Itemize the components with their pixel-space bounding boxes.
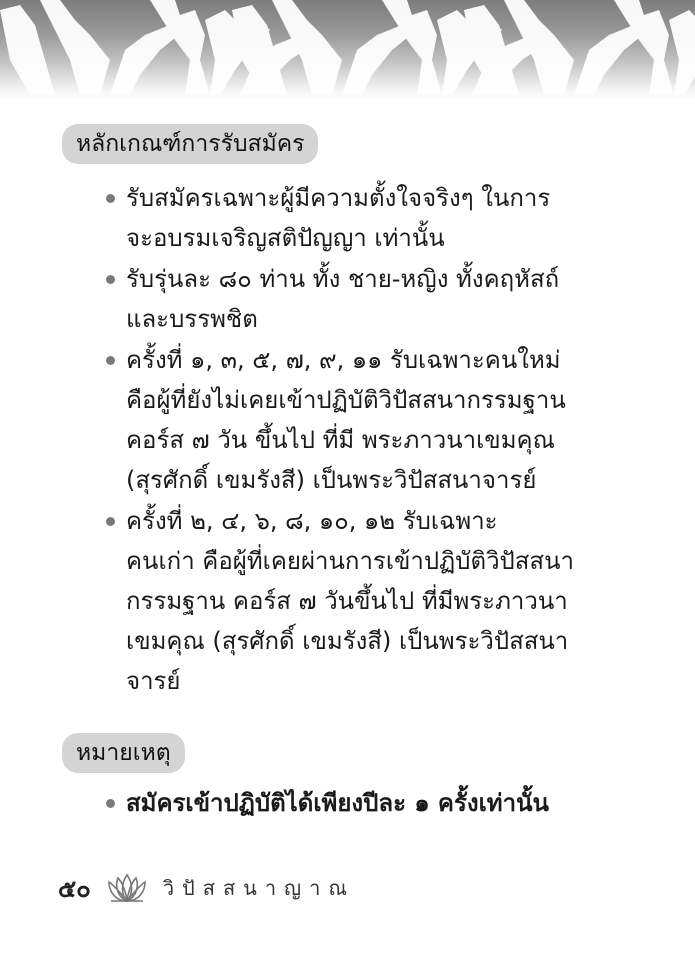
page-footer: ๕๐ วิปัสสนาญาณ bbox=[58, 868, 355, 908]
note-section-label: หมายเหตุ bbox=[62, 733, 185, 773]
item-line: คอร์ส ๗ วัน ขึ้นไป ที่มี พระภาวนาเขมคุณ bbox=[126, 420, 604, 460]
bullet-icon bbox=[106, 275, 115, 284]
item-line: คือผู้ที่ยังไม่เคยเข้าปฏิบัติวิปัสสนากรร… bbox=[126, 380, 604, 420]
bullet-icon bbox=[106, 194, 115, 203]
book-title: วิปัสสนาญาณ bbox=[163, 872, 355, 904]
item-line: ครั้งที่ ๒, ๔, ๖, ๘, ๑๐, ๑๒ รับเฉพาะ bbox=[126, 501, 604, 541]
note-list: สมัครเข้าปฏิบัติได้เพียงปีละ ๑ ครั้งเท่า… bbox=[104, 783, 604, 824]
item-line: คนเก่า คือผู้ที่เคยผ่านการเข้าปฏิบัติวิป… bbox=[126, 541, 604, 581]
list-item: รับรุ่นละ ๘๐ ท่าน ทั้ง ชาย-หญิง ทั้งคฤหั… bbox=[104, 259, 604, 339]
lotus-icon bbox=[105, 873, 149, 903]
list-item: สมัครเข้าปฏิบัติได้เพียงปีละ ๑ ครั้งเท่า… bbox=[104, 783, 604, 823]
item-line: (สุรศักดิ์ เขมรังสี) เป็นพระวิปัสสนาจารย… bbox=[126, 460, 604, 500]
item-line: รับรุ่นละ ๘๐ ท่าน ทั้ง ชาย-หญิง ทั้งคฤหั… bbox=[126, 259, 604, 299]
item-line: ครั้งที่ ๑, ๓, ๕, ๗, ๙, ๑๑ รับเฉพาะคนใหม… bbox=[126, 340, 604, 380]
item-line: และบรรพชิต bbox=[126, 299, 604, 339]
floral-pattern-icon bbox=[0, 0, 695, 100]
item-line: เขมคุณ (สุรศักดิ์ เขมรังสี) เป็นพระวิปัส… bbox=[126, 621, 604, 661]
criteria-section-label: หลักเกณฑ์การรับสมัคร bbox=[62, 124, 318, 164]
item-line: สมัครเข้าปฏิบัติได้เพียงปีละ ๑ ครั้งเท่า… bbox=[126, 783, 604, 823]
item-line: กรรมฐาน คอร์ส ๗ วันขึ้นไป ที่มีพระภาวนา bbox=[126, 581, 604, 621]
list-item: ครั้งที่ ๒, ๔, ๖, ๘, ๑๐, ๑๒ รับเฉพาะ คนเ… bbox=[104, 501, 604, 701]
criteria-list: รับสมัครเฉพาะผู้มีความตั้งใจจริงๆ ในการ … bbox=[104, 178, 604, 702]
item-line: รับสมัครเฉพาะผู้มีความตั้งใจจริงๆ ในการ bbox=[126, 178, 604, 218]
bullet-icon bbox=[106, 517, 115, 526]
bullet-icon bbox=[106, 356, 115, 365]
page-number: ๕๐ bbox=[58, 869, 91, 908]
header-floral-banner bbox=[0, 0, 695, 100]
item-line: จารย์ bbox=[126, 661, 604, 701]
list-item: รับสมัครเฉพาะผู้มีความตั้งใจจริงๆ ในการ … bbox=[104, 178, 604, 258]
bullet-icon bbox=[106, 799, 115, 808]
list-item: ครั้งที่ ๑, ๓, ๕, ๗, ๙, ๑๑ รับเฉพาะคนใหม… bbox=[104, 340, 604, 500]
item-line: จะอบรมเจริญสติปัญญา เท่านั้น bbox=[126, 218, 604, 258]
